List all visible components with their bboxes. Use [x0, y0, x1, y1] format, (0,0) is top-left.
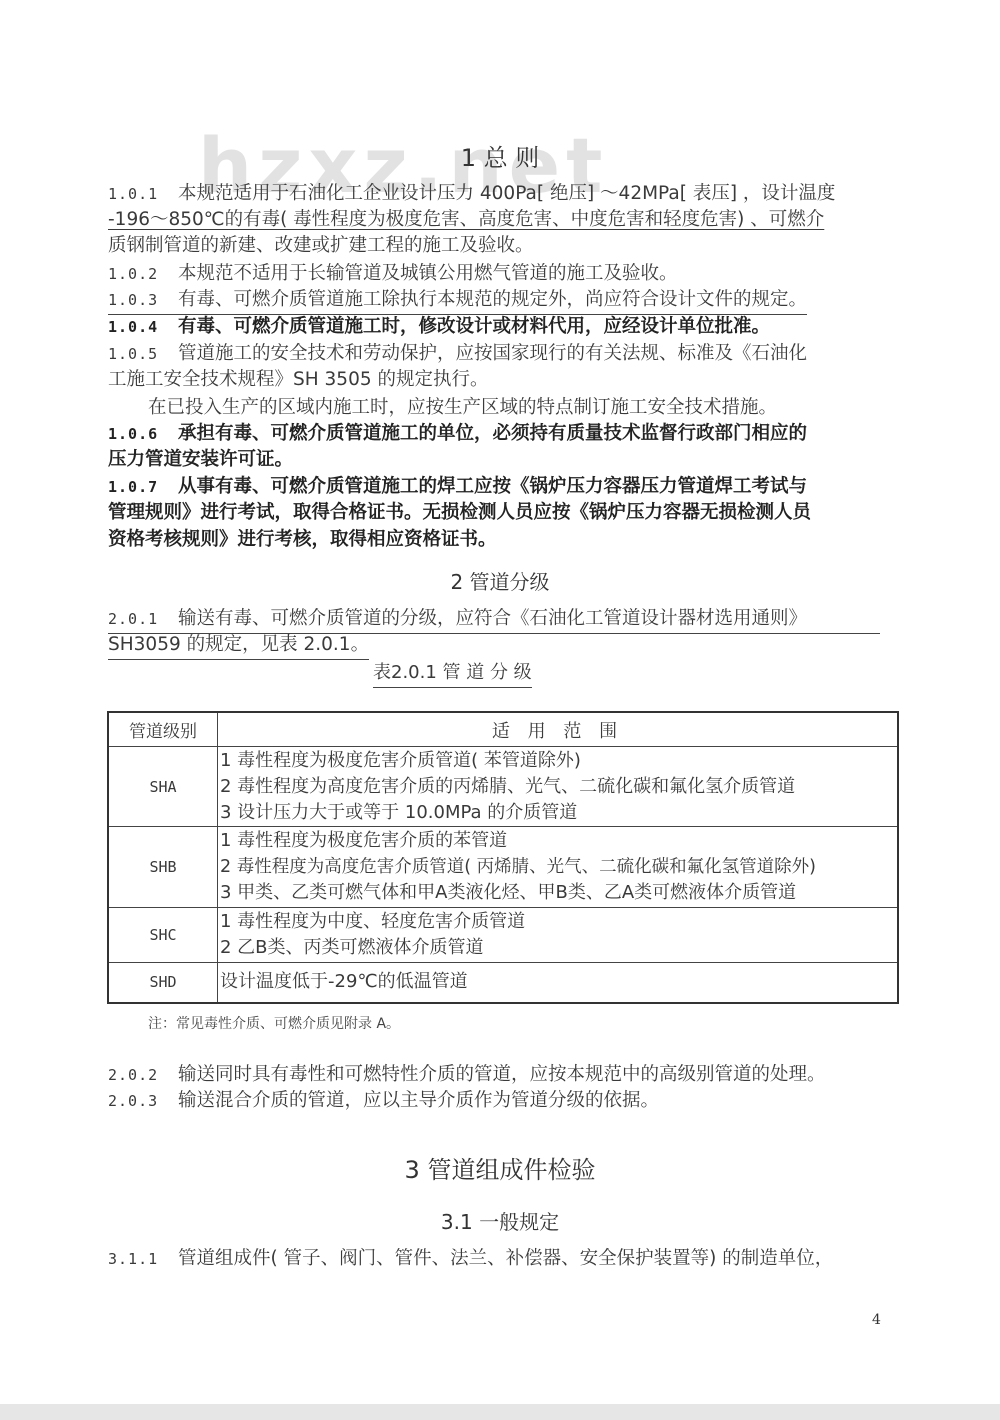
clause-1-0-5: 1.0.5管道施工的安全技术和劳动保护，应按国家现行的有关法规、标准及《石油化 [108, 341, 807, 367]
clause-1-0-7: 1.0.7从事有毒、可燃介质管道施工的焊工应按《锅炉压力容器压力管道焊工考试与 [108, 474, 807, 500]
clause-2-0-1-line2: SH3059 的规定，见表 2.0.1。 [108, 632, 369, 660]
header-grade: 管道级别 [108, 712, 218, 747]
table-row: SHD 设计温度低于-29℃的低温管道 [108, 963, 898, 1003]
clause-3-1-1: 3.1.1管道组成件( 管子、阀门、管件、法兰、补偿器、安全保护装置等) 的制造… [108, 1246, 833, 1272]
table-row: SHA 1 毒性程度为极度危害介质管道( 苯管道除外) 2 毒性程度为高度危害介… [108, 747, 898, 827]
clause-1-0-5-line2: 工施工安全技术规程》SH 3505 的规定执行。 [108, 367, 489, 393]
section-1-title: 1 总 则 [0, 138, 1000, 173]
pipe-grade-table: 管道级别 适 用 范 围 SHA 1 毒性程度为极度危害介质管道( 苯管道除外)… [107, 711, 899, 1004]
clause-1-0-2: 1.0.2本规范不适用于长输管道及城镇公用燃气管道的施工及验收。 [108, 261, 678, 287]
table-note: 注：常见毒性介质、可燃介质见附录 A。 [148, 1013, 400, 1033]
clause-1-0-6: 1.0.6承担有毒、可燃介质管道施工的单位，必须持有质量技术监督行政部门相应的 [108, 421, 807, 447]
clause-1-0-7-line3: 资格考核规则》进行考核，取得相应资格证书。 [108, 527, 497, 553]
clause-2-0-3: 2.0.3输送混合介质的管道，应以主导介质作为管道分级的依据。 [108, 1088, 659, 1114]
clause-1-0-1: 1.0.1本规范适用于石油化工企业设计压力 400Pa[ 绝压] ～42MPa[… [108, 181, 835, 207]
table-row: SHB 1 毒性程度为极度危害介质的苯管道 2 毒性程度为高度危害介质管道( 丙… [108, 827, 898, 908]
clause-1-0-1-line3: 质钢制管道的新建、改建或扩建工程的施工及验收。 [108, 233, 534, 259]
clause-2-0-1: 2.0.1输送有毒、可燃介质管道的分级，应符合《石油化工管道设计器材选用通则》 [108, 606, 880, 634]
scope-cell: 1 毒性程度为中度、轻度危害介质管道 2 乙B类、丙类可燃液体介质管道 [218, 908, 899, 963]
clause-2-0-2: 2.0.2输送同时具有毒性和可燃特性介质的管道，应按本规范中的高级别管道的处理。 [108, 1062, 826, 1088]
header-scope: 适 用 范 围 [218, 712, 899, 747]
table-row: SHC 1 毒性程度为中度、轻度危害介质管道 2 乙B类、丙类可燃液体介质管道 [108, 908, 898, 963]
scope-cell: 设计温度低于-29℃的低温管道 [218, 963, 899, 1003]
viewer-bottom-strip [0, 1404, 1000, 1420]
table-header-row: 管道级别 适 用 范 围 [108, 712, 898, 747]
grade-cell: SHD [108, 963, 218, 1003]
clause-1-0-7-line2: 管理规则》进行考试，取得合格证书。无损检测人员应按《锅炉压力容器无损检测人员 [108, 500, 811, 526]
table-caption: 表2.0.1 管 道 分 级 [373, 660, 532, 688]
grade-cell: SHA [108, 747, 218, 827]
section-3-title: 3 管道组成件检验 [0, 1150, 1000, 1185]
grade-cell: SHC [108, 908, 218, 963]
clause-1-0-5-para2: 在已投入生产的区域内施工时，应按生产区域的特点制订施工安全技术措施。 [148, 395, 777, 421]
clause-1-0-6-line2: 压力管道安装许可证。 [108, 447, 293, 473]
clause-1-0-4: 1.0.4有毒、可燃介质管道施工时，修改设计或材料代用，应经设计单位批准。 [108, 314, 770, 340]
scope-cell: 1 毒性程度为极度危害介质管道( 苯管道除外) 2 毒性程度为高度危害介质的丙烯… [218, 747, 899, 827]
clause-1-0-3: 1.0.3有毒、可燃介质管道施工除执行本规范的规定外，尚应符合设计文件的规定。 [108, 287, 807, 315]
section-2-title: 2 管道分级 [0, 566, 1000, 595]
section-3-1-title: 3.1 一般规定 [0, 1206, 1000, 1235]
clause-1-0-1-line2: -196～850℃的有毒( 毒性程度为极度危害、高度危害、中度危害和轻度危害) … [108, 207, 824, 233]
page-number: 4 [872, 1312, 881, 1328]
grade-cell: SHB [108, 827, 218, 908]
scope-cell: 1 毒性程度为极度危害介质的苯管道 2 毒性程度为高度危害介质管道( 丙烯腈、光… [218, 827, 899, 908]
